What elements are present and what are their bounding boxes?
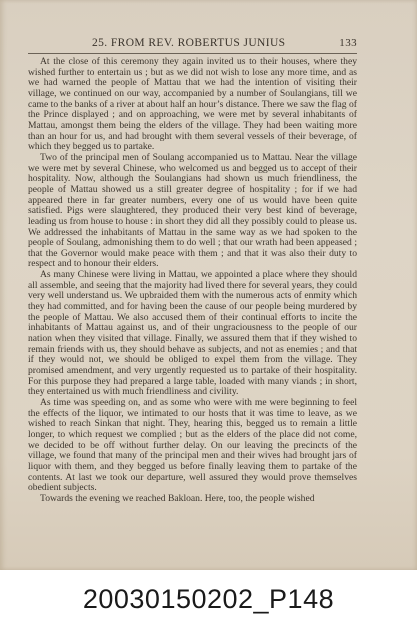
body-text: At the close of this ceremony they again… <box>28 57 357 505</box>
running-head: 25. FROM REV. ROBERTUS JUNIUS 133 <box>28 37 357 53</box>
page-number: 133 <box>339 37 357 49</box>
paragraph: Two of the principal men of Soulang acco… <box>28 153 357 270</box>
paragraph: As many Chinese were living in Mattau, w… <box>28 270 357 398</box>
image-id-caption: 20030150202_P148 <box>0 584 417 615</box>
header-rule <box>28 53 357 54</box>
paragraph: Towards the evening we reached Bakloan. … <box>28 494 357 505</box>
scanned-page: 25. FROM REV. ROBERTUS JUNIUS 133 At the… <box>0 0 417 570</box>
paragraph: As time was speeding on, and as some who… <box>28 398 357 494</box>
paragraph: At the close of this ceremony they again… <box>28 57 357 153</box>
chapter-title: 25. FROM REV. ROBERTUS JUNIUS <box>92 37 285 49</box>
